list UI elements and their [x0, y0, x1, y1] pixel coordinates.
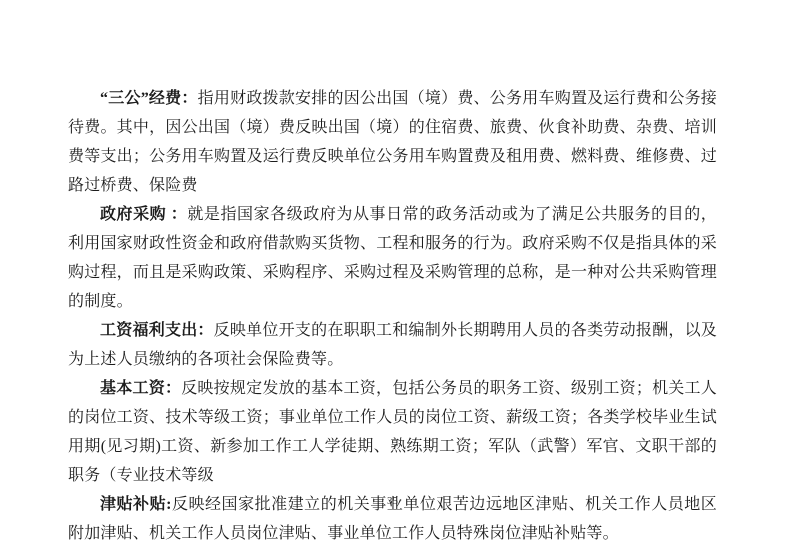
- paragraph-basic-wage: 基本工资：反映按规定发放的基本工资，包括公务员的职务工资、级别工资；机关工人的岗…: [68, 374, 717, 490]
- term-label: “三公”经费：: [100, 90, 198, 107]
- paragraph-government-procurement: 政府采购 ：就是指国家各级政府为从事日常的政务活动或为了满足公共服务的目的，利用…: [68, 200, 717, 316]
- term-label: 政府采购 ：: [100, 206, 187, 223]
- document-page: “三公”经费：指用财政拨款安排的因公出国（境）费、公务用车购置及运行费和公务接待…: [0, 0, 785, 555]
- paragraph-wage-welfare-expenditure: 工资福利支出：反映单位开支的在职职工和编制外长期聘用人员的各类劳动报酬，以及为上…: [68, 316, 717, 374]
- paragraph-sangong-funds: “三公”经费：指用财政拨款安排的因公出国（境）费、公务用车购置及运行费和公务接待…: [68, 84, 717, 200]
- term-label: 基本工资：: [100, 380, 181, 397]
- page-number: 35: [0, 495, 785, 507]
- document-body: “三公”经费：指用财政拨款安排的因公出国（境）费、公务用车购置及运行费和公务接待…: [68, 84, 717, 548]
- term-label: 工资福利支出：: [100, 322, 214, 339]
